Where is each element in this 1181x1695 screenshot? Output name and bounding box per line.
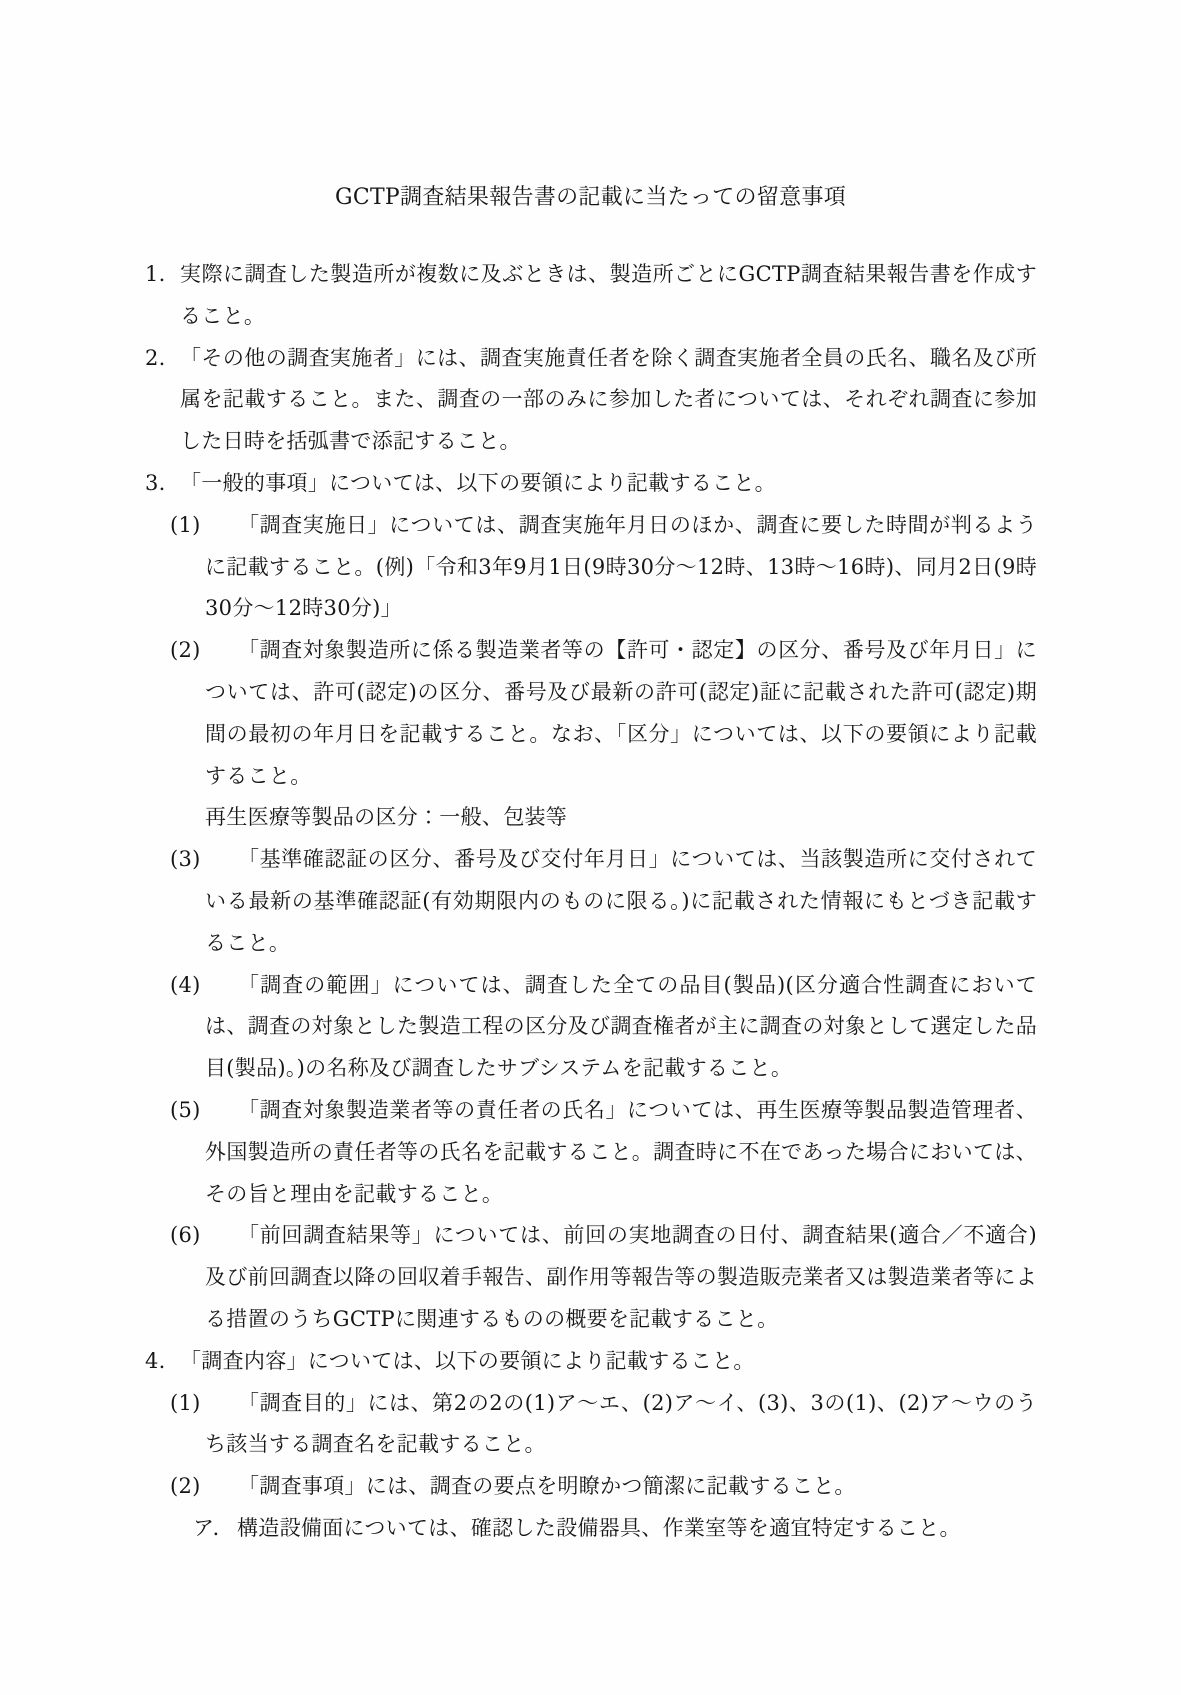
list-item-1: 1. 実際に調査した製造所が複数に及ぶときは、製造所ごとにGCTP調査結果報告書… [145, 254, 1037, 338]
list-item-4: 4. 「調査内容」については、以下の要領により記載すること。 [145, 1341, 1037, 1383]
item-4-marker: 4. [145, 1341, 180, 1383]
item-3-6-text: 「前回調査結果等」については、前回の実地調査の日付、調査結果(適合／不適合)及び… [205, 1215, 1037, 1340]
item-4-2-marker: (2) [170, 1466, 205, 1508]
item-3-1-text: 「調査実施日」については、調査実施年月日のほか、調査に要した時間が判るように記載… [205, 505, 1037, 630]
section-4: 4. 「調査内容」については、以下の要領により記載すること。 (1) 「調査目的… [145, 1341, 1037, 1550]
list-item-3-5: (5) 「調査対象製造業者等の責任者の氏名」については、再生医療等製品製造管理者… [145, 1090, 1037, 1215]
section-3: 3. 「一般的事項」については、以下の要領により記載すること。 (1) 「調査実… [145, 463, 1037, 1341]
item-4-1-text-block: 「調査目的」には、第2の2の(1)ア～エ、(2)ア～イ、(3)、3の(1)、(2… [205, 1383, 1037, 1467]
item-1-text: 実際に調査した製造所が複数に及ぶときは、製造所ごとにGCTP調査結果報告書を作成… [180, 254, 1037, 338]
item-4-text: 「調査内容」については、以下の要領により記載すること。 [180, 1341, 1037, 1383]
item-3-1-text-block: 「調査実施日」については、調査実施年月日のほか、調査に要した時間が判るように記載… [205, 505, 1037, 630]
item-2-text: 「その他の調査実施者」には、調査実施責任者を除く調査実施者全員の氏名、職名及び所… [180, 338, 1037, 463]
item-3-3-marker: (3) [170, 839, 205, 881]
item-3-text: 「一般的事項」については、以下の要領により記載すること。 [180, 463, 1037, 505]
item-4-2-text-block: 「調査事項」には、調査の要点を明瞭かつ簡潔に記載すること。 [205, 1466, 1037, 1508]
item-3-5-text: 「調査対象製造業者等の責任者の氏名」については、再生医療等製品製造管理者、外国製… [205, 1090, 1037, 1215]
list-item-3-6: (6) 「前回調査結果等」については、前回の実地調査の日付、調査結果(適合／不適… [145, 1215, 1037, 1340]
item-3-3-text-block: 「基準確認証の区分、番号及び交付年月日」については、当該製造所に交付されている最… [205, 839, 1037, 964]
list-item-3: 3. 「一般的事項」については、以下の要領により記載すること。 [145, 463, 1037, 505]
item-2-text-block: 「その他の調査実施者」には、調査実施責任者を除く調査実施者全員の氏名、職名及び所… [180, 338, 1037, 463]
list-item-2: 2. 「その他の調査実施者」には、調査実施責任者を除く調査実施者全員の氏名、職名… [145, 338, 1037, 463]
item-2-marker: 2. [145, 338, 180, 380]
item-3-4-text: 「調査の範囲」については、調査した全ての品目(製品)(区分適合性調査においては、… [205, 965, 1037, 1090]
item-3-6-text-block: 「前回調査結果等」については、前回の実地調査の日付、調査結果(適合／不適合)及び… [205, 1215, 1037, 1340]
item-3-5-text-block: 「調査対象製造業者等の責任者の氏名」については、再生医療等製品製造管理者、外国製… [205, 1090, 1037, 1215]
item-1-marker: 1. [145, 254, 180, 296]
item-3-text-block: 「一般的事項」については、以下の要領により記載すること。 [180, 463, 1037, 505]
item-4-1-text: 「調査目的」には、第2の2の(1)ア～エ、(2)ア～イ、(3)、3の(1)、(2… [205, 1383, 1037, 1467]
item-3-2-note: 再生医療等製品の区分：一般、包装等 [205, 797, 1037, 839]
list-item-4-2-a: ア． 構造設備面については、確認した設備器具、作業室等を適宜特定すること。 [145, 1508, 1037, 1550]
item-3-marker: 3. [145, 463, 180, 505]
item-3-3-text: 「基準確認証の区分、番号及び交付年月日」については、当該製造所に交付されている最… [205, 839, 1037, 964]
item-3-1-marker: (1) [170, 505, 205, 547]
item-4-2-a-marker: ア． [193, 1508, 237, 1550]
item-3-4-text-block: 「調査の範囲」については、調査した全ての品目(製品)(区分適合性調査においては、… [205, 965, 1037, 1090]
item-4-2-text: 「調査事項」には、調査の要点を明瞭かつ簡潔に記載すること。 [205, 1466, 1037, 1508]
item-3-5-marker: (5) [170, 1090, 205, 1132]
list-item-3-3: (3) 「基準確認証の区分、番号及び交付年月日」については、当該製造所に交付され… [145, 839, 1037, 964]
document-body: 1. 実際に調査した製造所が複数に及ぶときは、製造所ごとにGCTP調査結果報告書… [145, 254, 1037, 1550]
document-page: GCTP調査結果報告書の記載に当たっての留意事項 1. 実際に調査した製造所が複… [0, 0, 1181, 1695]
item-3-4-marker: (4) [170, 965, 205, 1007]
document-title: GCTP調査結果報告書の記載に当たっての留意事項 [0, 177, 1181, 219]
list-item-3-4: (4) 「調査の範囲」については、調査した全ての品目(製品)(区分適合性調査にお… [145, 965, 1037, 1090]
list-item-3-2: (2) 「調査対象製造所に係る製造業者等の【許可・認定】の区分、番号及び年月日」… [145, 630, 1037, 839]
item-3-2-text-block: 「調査対象製造所に係る製造業者等の【許可・認定】の区分、番号及び年月日」について… [205, 630, 1037, 839]
list-item-3-1: (1) 「調査実施日」については、調査実施年月日のほか、調査に要した時間が判るよ… [145, 505, 1037, 630]
item-3-2-text: 「調査対象製造所に係る製造業者等の【許可・認定】の区分、番号及び年月日」について… [205, 630, 1037, 797]
list-item-4-1: (1) 「調査目的」には、第2の2の(1)ア～エ、(2)ア～イ、(3)、3の(1… [145, 1383, 1037, 1467]
item-4-text-block: 「調査内容」については、以下の要領により記載すること。 [180, 1341, 1037, 1383]
item-4-2-a-text-block: 構造設備面については、確認した設備器具、作業室等を適宜特定すること。 [237, 1508, 1037, 1550]
list-item-4-2: (2) 「調査事項」には、調査の要点を明瞭かつ簡潔に記載すること。 [145, 1466, 1037, 1508]
item-3-2-marker: (2) [170, 630, 205, 672]
item-4-1-marker: (1) [170, 1383, 205, 1425]
item-4-2-a-text: 構造設備面については、確認した設備器具、作業室等を適宜特定すること。 [237, 1508, 1037, 1550]
item-3-6-marker: (6) [170, 1215, 205, 1257]
item-1-text-block: 実際に調査した製造所が複数に及ぶときは、製造所ごとにGCTP調査結果報告書を作成… [180, 254, 1037, 338]
